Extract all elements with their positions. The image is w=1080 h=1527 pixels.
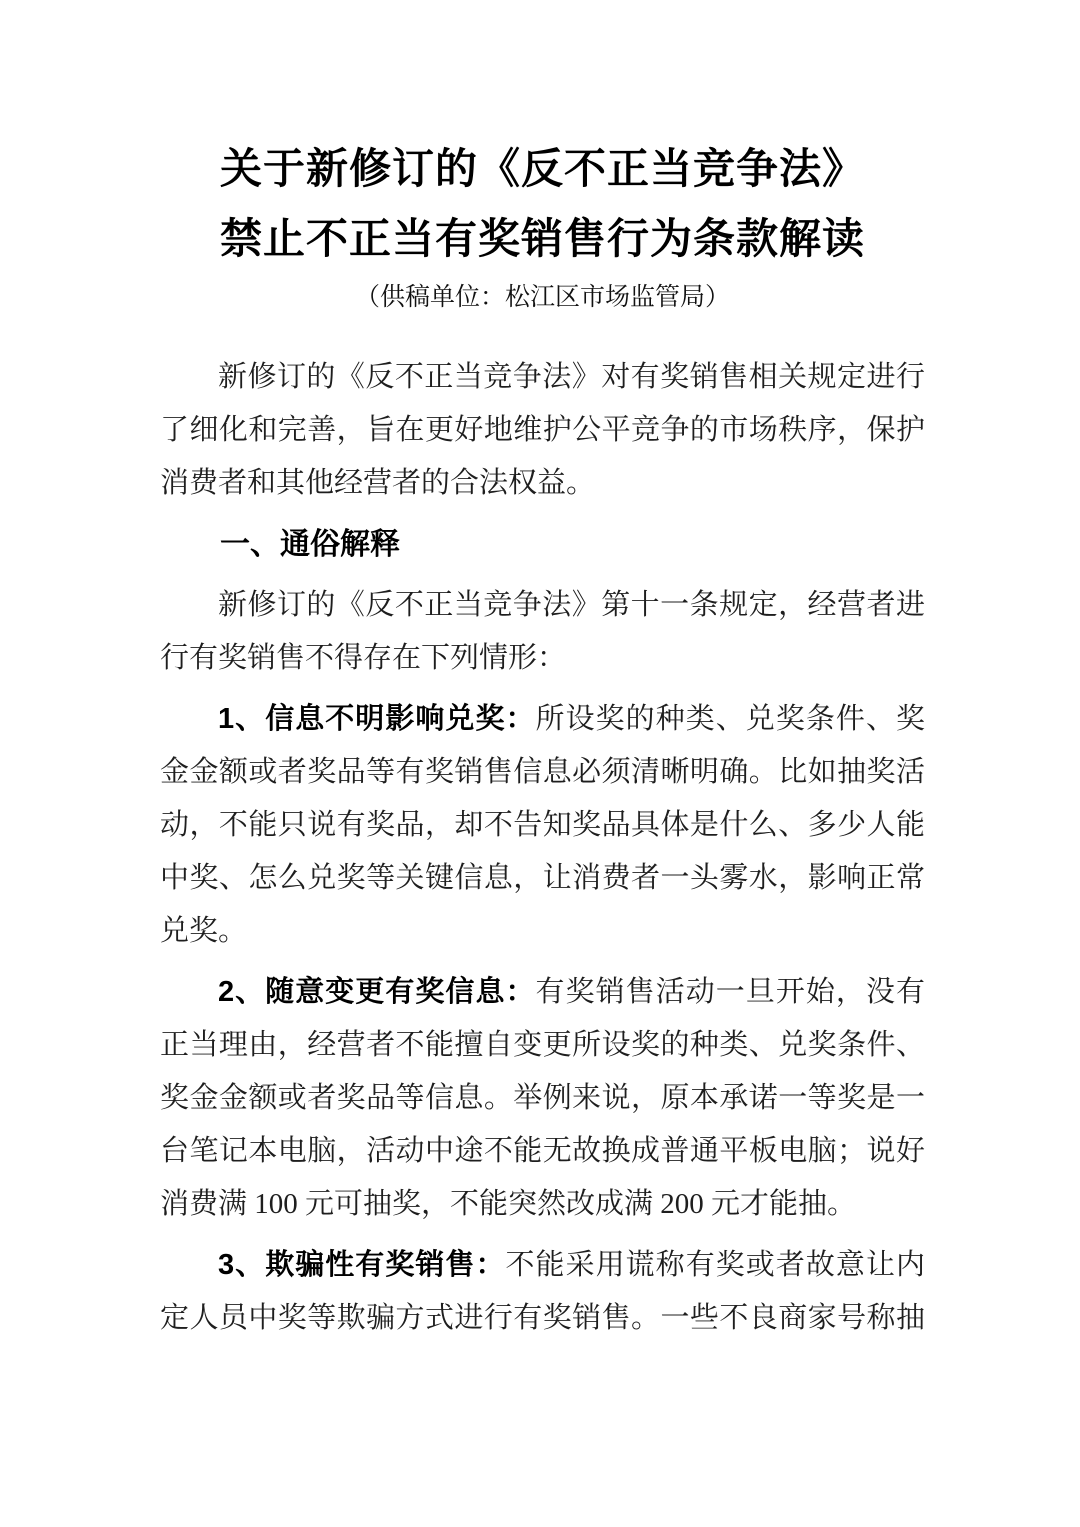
text-line: 消费者和其他经营者的合法权益。 xyxy=(160,457,925,510)
body-text: 动，不能只说有奖品，却不告知奖品具体是什么、多少人能 xyxy=(160,809,925,841)
body-text: 消费满 100 元可抽奖，不能突然改成满 200 元才能抽。 xyxy=(160,1188,856,1220)
bold-lead-text: 一、通俗解释 xyxy=(220,528,400,561)
text-line: 行有奖销售不得存在下列情形： xyxy=(160,632,925,685)
item-3-paragraph: 3、欺骗性有奖销售：不能采用谎称有奖或者故意让内定人员中奖等欺骗方式进行有奖销售… xyxy=(160,1239,925,1345)
body-text: 行有奖销售不得存在下列情形： xyxy=(160,642,566,674)
body-text: 有奖销售活动一旦开始，没有 xyxy=(536,976,925,1008)
body-text: 定人员中奖等欺骗方式进行有奖销售。一些不良商家号称抽 xyxy=(160,1302,925,1334)
text-line: 3、欺骗性有奖销售：不能采用谎称有奖或者故意让内 xyxy=(160,1239,925,1292)
text-line: 正当理由，经营者不能擅自变更所设奖的种类、兑奖条件、 xyxy=(160,1019,925,1072)
text-line: 奖金金额或者奖品等信息。举例来说，原本承诺一等奖是一 xyxy=(160,1072,925,1125)
body-text: 台笔记本电脑，活动中途不能无故换成普通平板电脑；说好 xyxy=(160,1135,925,1167)
body-text: 新修订的《反不正当竞争法》对有奖销售相关规定进行 xyxy=(218,361,925,393)
document-body: 新修订的《反不正当竞争法》对有奖销售相关规定进行了细化和完善，旨在更好地维护公平… xyxy=(160,351,925,1345)
document-page: 关于新修订的《反不正当竞争法》 禁止不正当有奖销售行为条款解读 （供稿单位：松江… xyxy=(0,0,1080,1527)
text-line: 兑奖。 xyxy=(160,905,925,958)
text-line: 了细化和完善，旨在更好地维护公平竞争的市场秩序，保护 xyxy=(160,404,925,457)
body-text: 金金额或者奖品等有奖销售信息必须清晰明确。比如抽奖活 xyxy=(160,756,925,788)
item-2-paragraph: 2、随意变更有奖信息：有奖销售活动一旦开始，没有正当理由，经营者不能擅自变更所设… xyxy=(160,966,925,1231)
text-line: 1、信息不明影响兑奖：所设奖的种类、兑奖条件、奖 xyxy=(160,693,925,746)
body-text: 兑奖。 xyxy=(160,915,247,947)
body-text: 所设奖的种类、兑奖条件、奖 xyxy=(536,703,925,735)
text-line: 新修订的《反不正当竞争法》对有奖销售相关规定进行 xyxy=(160,351,925,404)
text-line: 定人员中奖等欺骗方式进行有奖销售。一些不良商家号称抽 xyxy=(160,1292,925,1345)
text-line: 台笔记本电脑，活动中途不能无故换成普通平板电脑；说好 xyxy=(160,1125,925,1178)
body-text: 新修订的《反不正当竞争法》第十一条规定，经营者进 xyxy=(218,589,925,621)
text-line: 中奖、怎么兑奖等关键信息，让消费者一头雾水，影响正常 xyxy=(160,852,925,905)
text-line: 金金额或者奖品等有奖销售信息必须清晰明确。比如抽奖活 xyxy=(160,746,925,799)
section-lead-paragraph: 新修订的《反不正当竞争法》第十一条规定，经营者进行有奖销售不得存在下列情形： xyxy=(160,579,925,685)
bold-lead-text: 3、欺骗性有奖销售： xyxy=(218,1249,506,1281)
title-line-1: 关于新修订的《反不正当竞争法》 xyxy=(160,135,925,205)
bold-lead-text: 1、信息不明影响兑奖： xyxy=(218,703,536,735)
section-heading: 一、通俗解释 xyxy=(160,518,925,571)
text-line: 新修订的《反不正当竞争法》第十一条规定，经营者进 xyxy=(160,579,925,632)
byline: （供稿单位：松江区市场监管局） xyxy=(160,275,925,321)
body-text: 不能采用谎称有奖或者故意让内 xyxy=(506,1249,925,1281)
bold-lead-text: 2、随意变更有奖信息： xyxy=(218,976,536,1008)
body-text: 奖金金额或者奖品等信息。举例来说，原本承诺一等奖是一 xyxy=(160,1082,925,1114)
text-line: 2、随意变更有奖信息：有奖销售活动一旦开始，没有 xyxy=(160,966,925,1019)
document-title: 关于新修订的《反不正当竞争法》 禁止不正当有奖销售行为条款解读 xyxy=(160,135,925,275)
text-line: 一、通俗解释 xyxy=(160,518,925,571)
item-1-paragraph: 1、信息不明影响兑奖：所设奖的种类、兑奖条件、奖金金额或者奖品等有奖销售信息必须… xyxy=(160,693,925,958)
body-text: 了细化和完善，旨在更好地维护公平竞争的市场秩序，保护 xyxy=(160,414,925,446)
text-line: 消费满 100 元可抽奖，不能突然改成满 200 元才能抽。 xyxy=(160,1178,925,1231)
body-text: 中奖、怎么兑奖等关键信息，让消费者一头雾水，影响正常 xyxy=(160,862,925,894)
body-text: 消费者和其他经营者的合法权益。 xyxy=(160,467,595,499)
text-line: 动，不能只说有奖品，却不告知奖品具体是什么、多少人能 xyxy=(160,799,925,852)
intro-paragraph: 新修订的《反不正当竞争法》对有奖销售相关规定进行了细化和完善，旨在更好地维护公平… xyxy=(160,351,925,510)
body-text: 正当理由，经营者不能擅自变更所设奖的种类、兑奖条件、 xyxy=(160,1029,925,1061)
title-line-2: 禁止不正当有奖销售行为条款解读 xyxy=(160,205,925,275)
